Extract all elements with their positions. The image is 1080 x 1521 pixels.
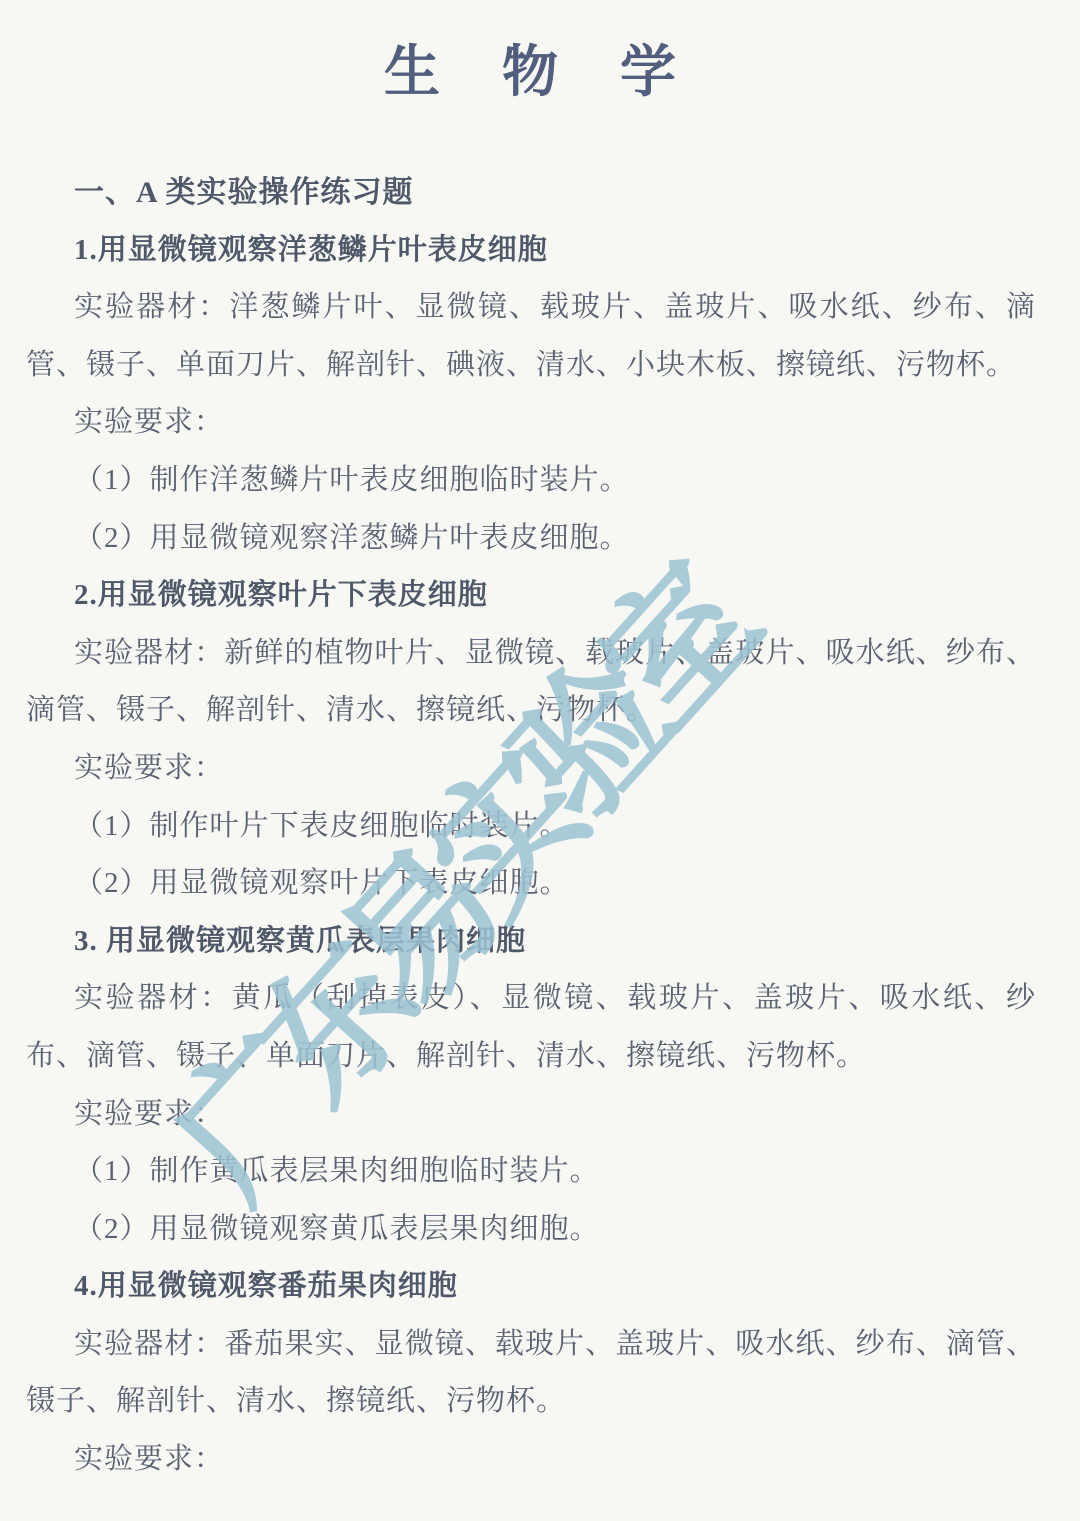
requirements-label: 实验要求： bbox=[26, 740, 1036, 798]
requirement-item: （2）用显微镜观察叶片下表皮细胞。 bbox=[26, 855, 1036, 913]
requirements-label: 实验要求： bbox=[26, 1431, 1036, 1489]
requirement-item: （1）制作黄瓜表层果肉细胞临时装片。 bbox=[26, 1143, 1036, 1201]
requirement-item: （2）用显微镜观察黄瓜表层果肉细胞。 bbox=[26, 1201, 1036, 1259]
materials-paragraph: 实验器材：洋葱鳞片叶、显微镜、载玻片、盖玻片、吸水纸、纱布、滴管、镊子、单面刀片… bbox=[26, 279, 1036, 394]
experiment-heading: 1.用显微镜观察洋葱鳞片叶表皮细胞 bbox=[26, 222, 1036, 280]
page-title: 生 物 学 bbox=[26, 26, 1036, 120]
experiment-block-2: 2.用显微镜观察叶片下表皮细胞 实验器材：新鲜的植物叶片、显微镜、载玻片、盖玻片… bbox=[26, 567, 1036, 913]
materials-paragraph: 实验器材：黄瓜（刮掉表皮）、显微镜、载玻片、盖玻片、吸水纸、纱布、滴管、镊子、单… bbox=[26, 970, 1036, 1085]
document-content: 生 物 学 一、A 类实验操作练习题 1.用显微镜观察洋葱鳞片叶表皮细胞 实验器… bbox=[0, 0, 1080, 1489]
experiment-heading: 3. 用显微镜观察黄瓜表层果肉细胞 bbox=[26, 913, 1036, 971]
requirements-label: 实验要求： bbox=[26, 1086, 1036, 1144]
experiment-block-4: 4.用显微镜观察番茄果肉细胞 实验器材：番茄果实、显微镜、载玻片、盖玻片、吸水纸… bbox=[26, 1258, 1036, 1488]
requirement-item: （1）制作洋葱鳞片叶表皮细胞临时装片。 bbox=[26, 452, 1036, 510]
materials-paragraph: 实验器材：番茄果实、显微镜、载玻片、盖玻片、吸水纸、纱布、滴管、镊子、解剖针、清… bbox=[26, 1316, 1036, 1431]
experiment-heading: 4.用显微镜观察番茄果肉细胞 bbox=[26, 1258, 1036, 1316]
requirement-item: （1）制作叶片下表皮细胞临时装片。 bbox=[26, 798, 1036, 856]
requirement-item: （2）用显微镜观察洋葱鳞片叶表皮细胞。 bbox=[26, 510, 1036, 568]
materials-paragraph: 实验器材：新鲜的植物叶片、显微镜、载玻片、盖玻片、吸水纸、纱布、滴管、镊子、解剖… bbox=[26, 625, 1036, 740]
experiment-block-3: 3. 用显微镜观察黄瓜表层果肉细胞 实验器材：黄瓜（刮掉表皮）、显微镜、载玻片、… bbox=[26, 913, 1036, 1259]
experiment-block-1: 1.用显微镜观察洋葱鳞片叶表皮细胞 实验器材：洋葱鳞片叶、显微镜、载玻片、盖玻片… bbox=[26, 222, 1036, 568]
experiment-heading: 2.用显微镜观察叶片下表皮细胞 bbox=[26, 567, 1036, 625]
section-heading: 一、A 类实验操作练习题 bbox=[26, 164, 1036, 222]
requirements-label: 实验要求： bbox=[26, 394, 1036, 452]
document-page: 广东易实验室 生 物 学 一、A 类实验操作练习题 1.用显微镜观察洋葱鳞片叶表… bbox=[0, 0, 1080, 1521]
